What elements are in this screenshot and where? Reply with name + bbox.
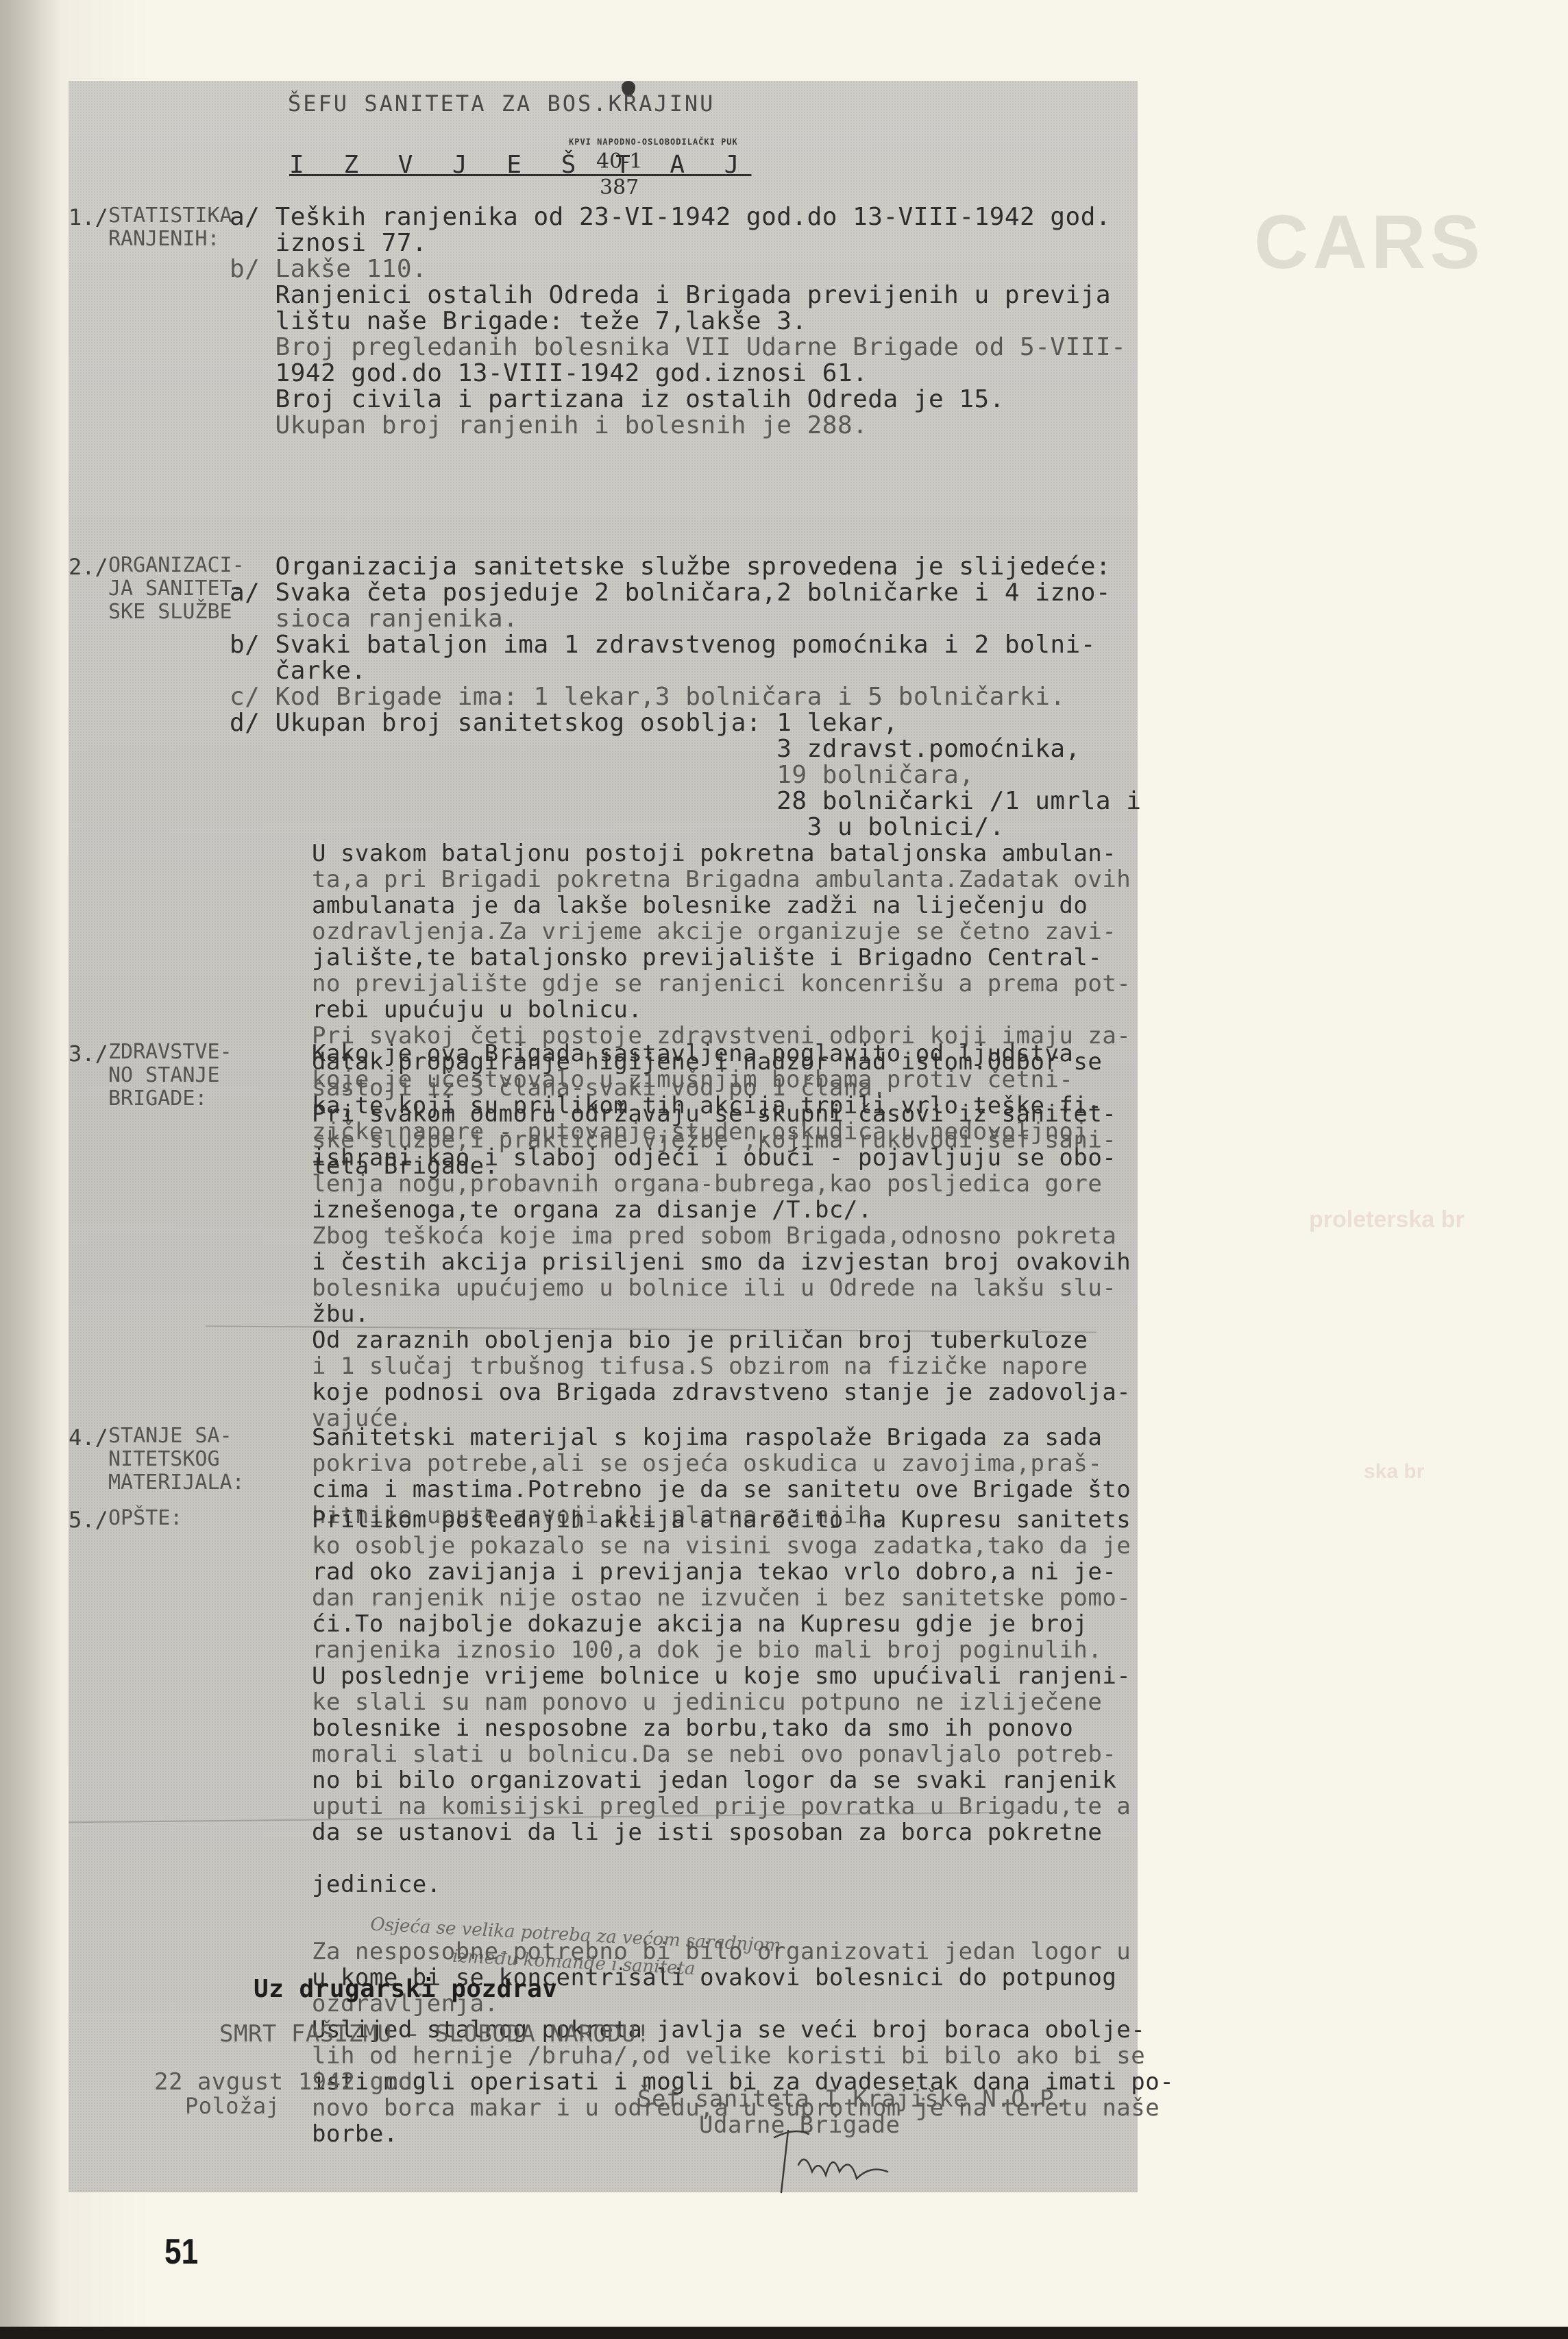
section-label: OPŠTE: xyxy=(108,1507,182,1530)
report-line: Broj pregledanih bolesnika VII Udarne Br… xyxy=(230,335,1126,361)
report-line: b/ Lakše 110. xyxy=(230,256,427,282)
report-line: b/ Svaki bataljon ima 1 zdravstvenog pom… xyxy=(230,632,1096,658)
report-line: i čestih akcija prisiljeni smo da izvjes… xyxy=(312,1249,1131,1275)
report-line: ta,a pri Brigadi pokretna Brigadna ambul… xyxy=(312,866,1131,893)
report-line: bolesnike i nesposobne za borbu,tako da … xyxy=(312,1715,1073,1741)
bleed-caption: proleterska br xyxy=(1309,1207,1465,1233)
report-line: no bi bilo organizovati jedan logor da s… xyxy=(312,1767,1116,1793)
report-line: ambulanata je da lakše bolesnike zadži n… xyxy=(312,893,1088,919)
report-line: 19 bolničara, xyxy=(230,762,975,788)
report-line: Ukupan broj ranjenih i bolesnih je 288. xyxy=(230,413,868,439)
report-line: a/ Teških ranjenika od 23-VI-1942 god.do… xyxy=(230,204,1111,230)
report-line: koje je učestvovalo u zimušnjim borbama … xyxy=(312,1067,1073,1093)
report-line: ozdravljenja.Za vrijeme akcije organizuj… xyxy=(312,919,1116,945)
report-line: Prilikom poslednjih akcija a naročito na… xyxy=(312,1507,1131,1533)
report-line: rebi upućuju u bolnicu. xyxy=(312,997,642,1023)
report-line: 28 bolničarki /1 umrla i xyxy=(230,788,1141,814)
report-line: Sanitetski materijal s kojima raspolaže … xyxy=(312,1425,1102,1451)
report-line: lenja nogu,probavnih organa-bubrega,kao … xyxy=(312,1171,1102,1197)
report-line: čarke. xyxy=(230,658,367,684)
report-line: morali slati u bolnicu.Da se nebi ovo po… xyxy=(312,1741,1116,1767)
section-label: STANJE SA- xyxy=(108,1425,232,1448)
report-line: 3 zdravst.pomoćnika, xyxy=(230,736,1081,762)
report-line: zičke napore - putovanje,studen,oskudica… xyxy=(312,1119,1088,1145)
report-line: ke slali su nam ponovo u jedinicu potpun… xyxy=(312,1689,1102,1715)
bleed-caption: ska br xyxy=(1364,1460,1424,1483)
section-label: MATERIJALA: xyxy=(108,1471,245,1494)
gutter-shadow xyxy=(0,0,62,2339)
report-line: bolesnika upućujemo u bolnice ili u Odre… xyxy=(312,1275,1116,1301)
section-label: NO STANJE xyxy=(108,1064,220,1087)
section-label: ORGANIZACI- xyxy=(108,554,245,577)
report-line: ko osoblje pokazalo se na visini svoga z… xyxy=(312,1533,1131,1559)
section-number: 3./ xyxy=(69,1041,108,1067)
report-line: ka,te koji su prilikom tih akcija trpili… xyxy=(312,1093,1102,1119)
report-line: ishrani kao i slaboj odjeći i obući - po… xyxy=(312,1145,1116,1171)
report-line: U poslednje vrijeme bolnice u koje smo u… xyxy=(312,1663,1131,1689)
report-line: 1942 god.do 13-VIII-1942 god.iznosi 61. xyxy=(230,361,868,387)
report-title: I Z V J E Š T A J xyxy=(289,151,751,179)
page-number: 51 xyxy=(164,2231,198,2273)
report-line: žbu. xyxy=(312,1301,369,1327)
section-label: RANJENIH: xyxy=(108,228,220,251)
report-line: U svakom bataljonu postoji pokretna bata… xyxy=(312,840,1116,866)
report-line: jedinice. xyxy=(312,1871,441,1898)
report-line: Broj civila i partizana iz ostalih Odred… xyxy=(230,387,1005,413)
facing-page-bleed-through: CARS proleterska br ska br xyxy=(1165,89,1549,1255)
report-line: borbe. xyxy=(312,2121,398,2147)
report-line: Zbog teškoća koje ima pred sobom Brigada… xyxy=(312,1223,1116,1249)
book-bottom-edge xyxy=(0,2327,1568,2339)
bleed-large-text: CARS xyxy=(1254,199,1484,286)
report-line: koje podnosi ova Brigada zdravstveno sta… xyxy=(312,1379,1131,1405)
report-sender: ŠEFU SANITETA ZA BOS.KRAJINU xyxy=(288,90,715,117)
section-label: JA SANITET- xyxy=(108,577,245,601)
report-date: 22 avgust 1942 god. xyxy=(154,2069,427,2095)
section-number: 5./ xyxy=(69,1507,108,1533)
report-line: Organizacija sanitetske službe sproveden… xyxy=(230,554,1111,580)
report-line: pokriva potrebe,ali se osjeća oskudica u… xyxy=(312,1451,1102,1477)
section-label: ZDRAVSTVE- xyxy=(108,1041,232,1064)
section-number: 1./ xyxy=(69,204,108,230)
report-line: dan ranjenik nije ostao ne izvučen i bez… xyxy=(312,1585,1131,1611)
report-line: ći.To najbolje dokazuje akcija na Kupres… xyxy=(312,1611,1088,1637)
report-line: i 1 slučaj trbušnog tifusa.S obzirom na … xyxy=(312,1353,1088,1379)
report-line: ranjenika iznosio 100,a dok je bio mali … xyxy=(312,1637,1102,1663)
section-label: SKE SLUŽBE xyxy=(108,601,232,624)
report-line: Ranjenici ostalih Odreda i Brigada previ… xyxy=(230,282,1111,308)
report-line: a/ Svaka četa posjeduje 2 bolničara,2 bo… xyxy=(230,580,1111,606)
closing-greeting: Uz drugarski pozdrav xyxy=(254,1976,557,2002)
signature-icon xyxy=(768,2124,905,2199)
report-line: iznešenoga,te organa za disanje /T.bc/. xyxy=(312,1197,872,1223)
signatory-title: Šef saniteta I Krajiške N.O.P. xyxy=(637,2086,1068,2112)
section-label: NITETSKOG xyxy=(108,1448,220,1471)
report-line: jalište,te bataljonsko previjalište i Br… xyxy=(312,945,1102,971)
report-line: da se ustanovi da li je isti sposoban za… xyxy=(312,1819,1102,1845)
closing-slogan: SMRT FAŠIZMU - SLOBODA NARODU! xyxy=(219,2021,650,2047)
report-place: Položaj xyxy=(185,2093,280,2119)
typewritten-report-photo: ŠEFU SANITETA ZA BOS.KRAJINU KPVI NAPODN… xyxy=(69,81,1138,2192)
registry-stamp-number: 40-1 xyxy=(596,149,642,173)
report-line: cima i mastima.Potrebno je da se sanitet… xyxy=(312,1477,1131,1503)
report-line: lištu naše Brigade: teže 7,lakše 3. xyxy=(230,308,807,335)
section-number: 4./ xyxy=(69,1425,108,1451)
section-number: 2./ xyxy=(69,554,108,580)
report-line: no previjalište gdje se ranjenici koncen… xyxy=(312,971,1131,997)
report-line: Kako je ova Brigada sastavljena poglavit… xyxy=(312,1041,1073,1067)
report-line: c/ Kod Brigade ima: 1 lekar,3 bolničara … xyxy=(230,684,1066,710)
section-label: BRIGADE: xyxy=(108,1087,208,1111)
report-line: sioca ranjenika. xyxy=(230,606,518,632)
registry-stamp-number: 387 xyxy=(600,175,639,199)
report-line: iznosi 77. xyxy=(230,230,427,256)
report-line: 3 u bolnici/. xyxy=(230,814,1005,840)
registry-stamp-subline: KPVI NAPODNO-OSLOBODILAČKI PUK xyxy=(569,137,738,147)
report-line: rad oko zavijanja i previjanja tekao vrl… xyxy=(312,1559,1116,1585)
section-label: STATISTIKA xyxy=(108,204,232,228)
report-line: d/ Ukupan broj sanitetskog osoblja: 1 le… xyxy=(230,710,898,736)
